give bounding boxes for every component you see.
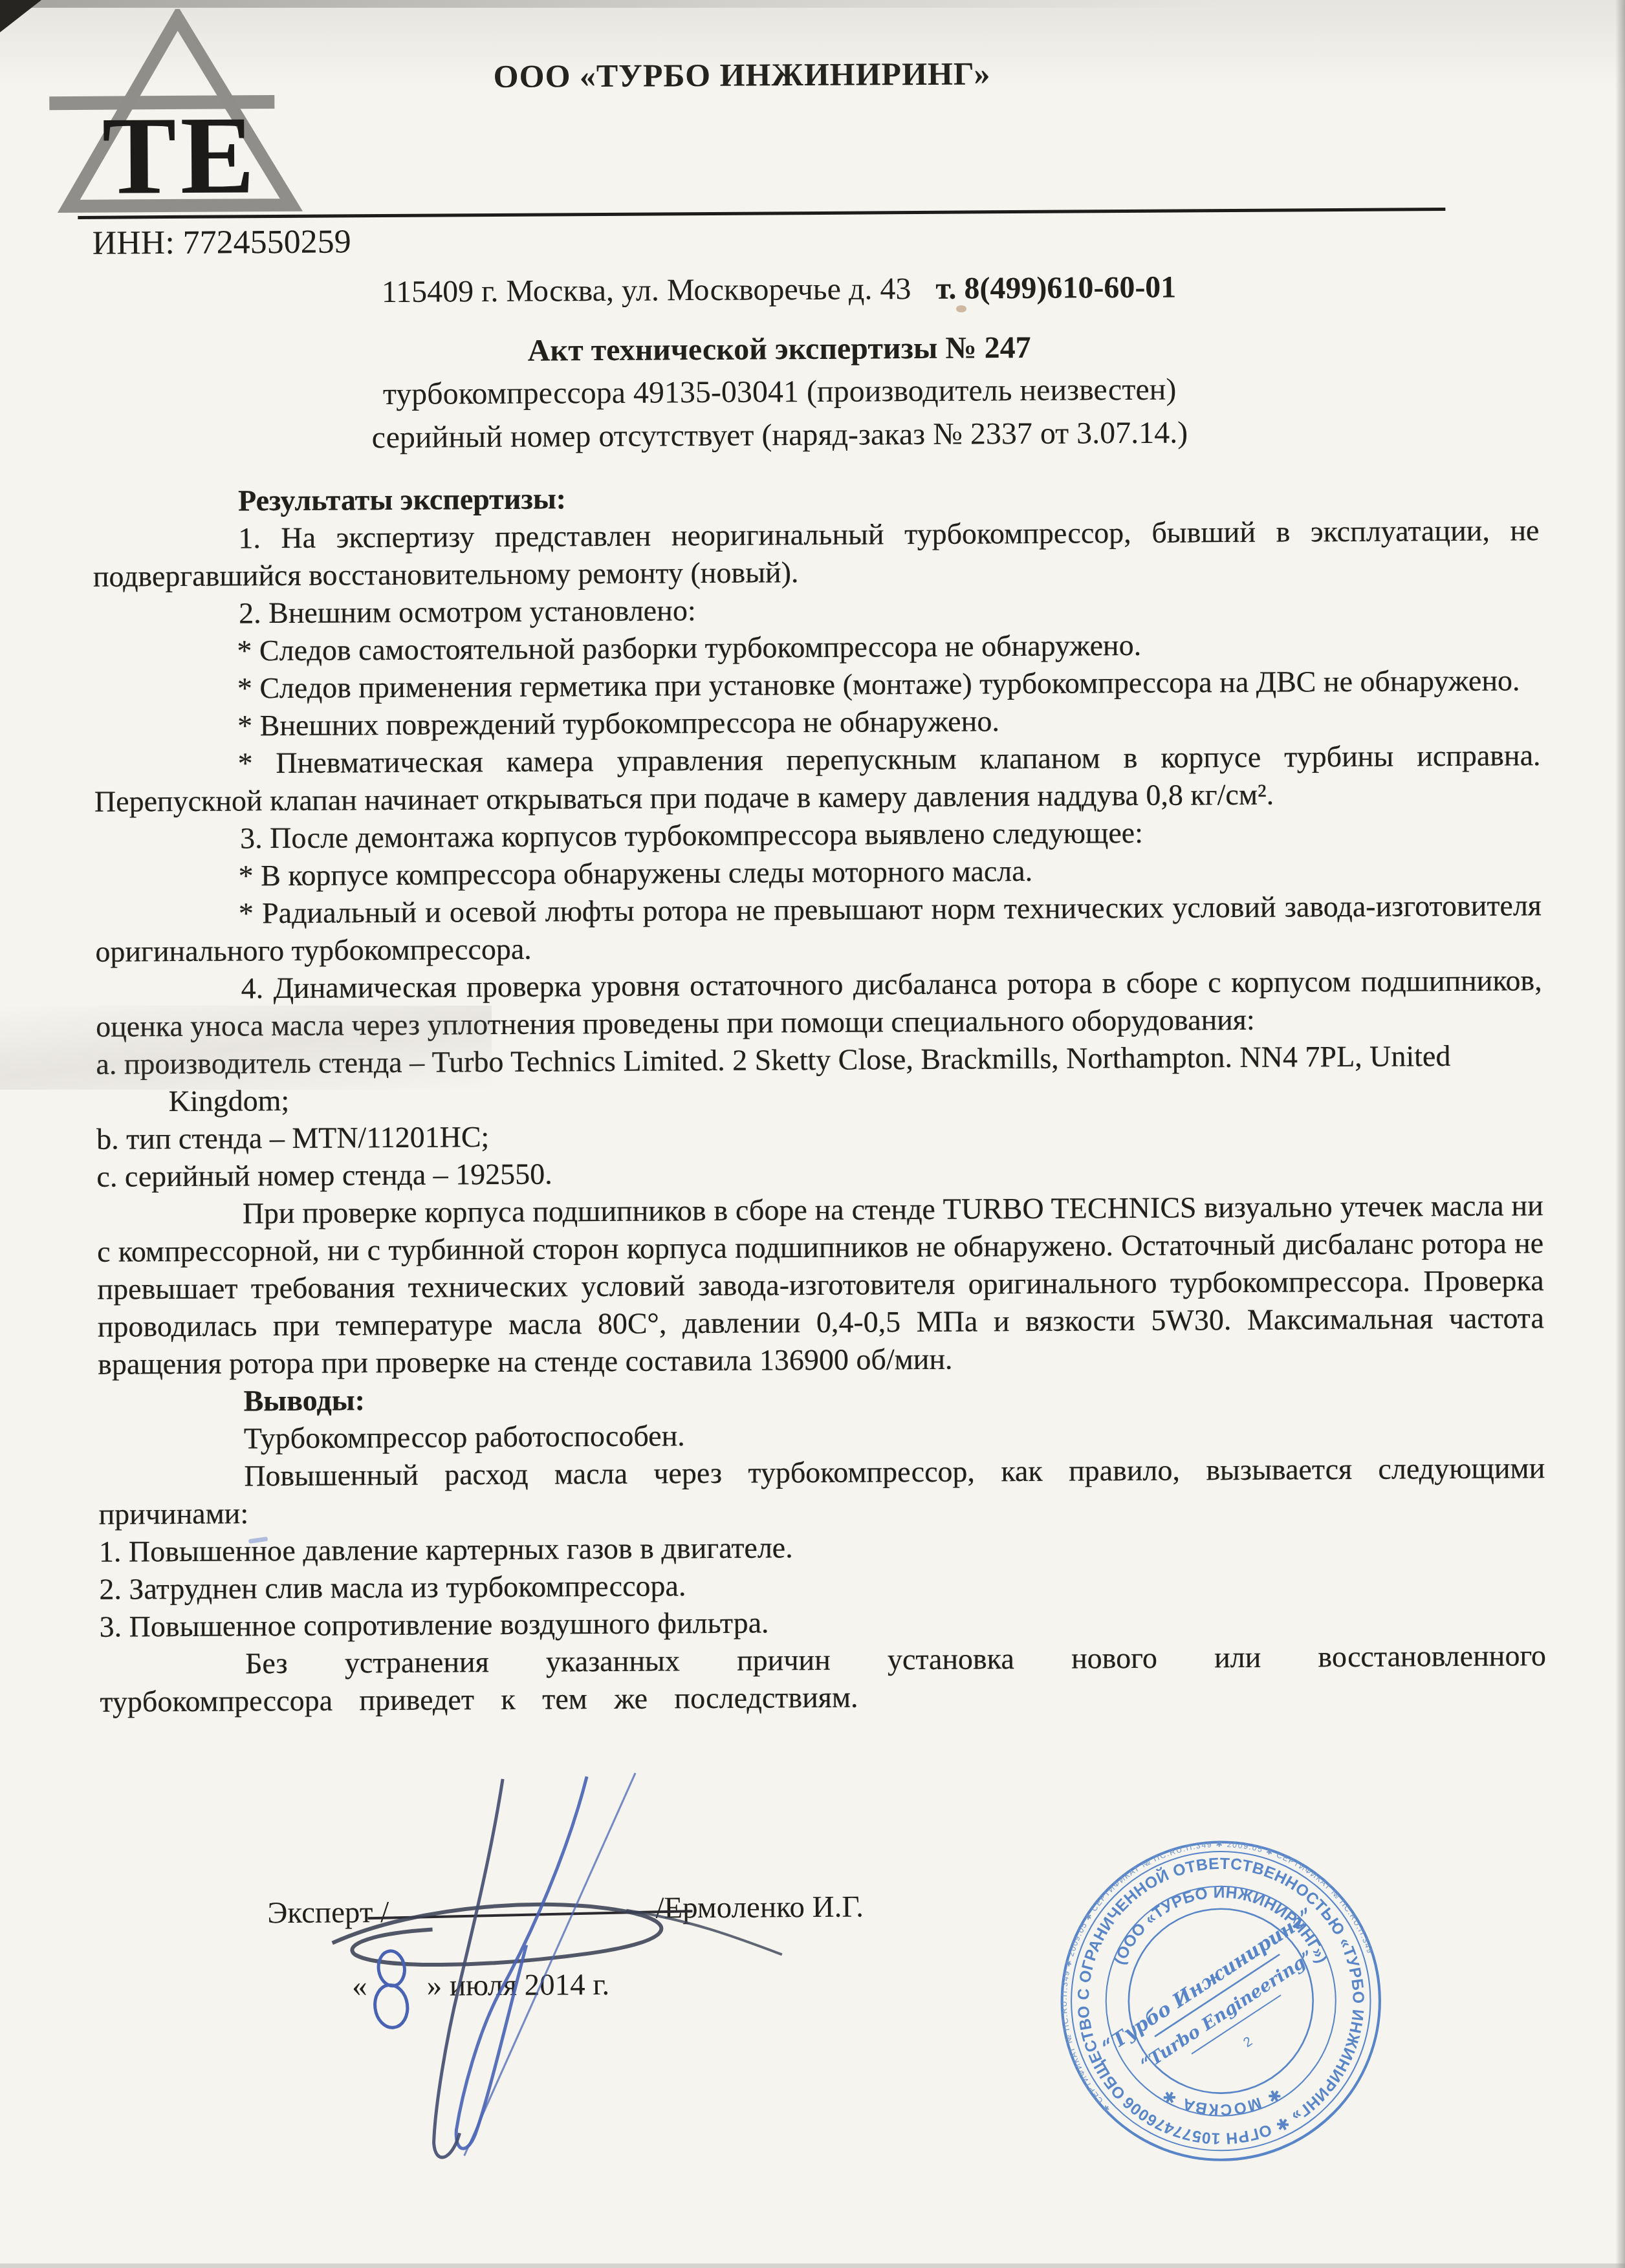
date-line: «» июля 2014 г.: [352, 1967, 609, 2003]
stamp-main-ring-text: ОБЩЕСТВО С ОГРАНИЧЕННОЙ ОТВЕТСТВЕННОСТЬЮ…: [1053, 1833, 1389, 2169]
scan-top-shade: [0, 0, 1625, 91]
signature-blue-stroke: [454, 1777, 589, 2148]
date-day-gap: [367, 1996, 427, 1996]
document-body: Результаты экспертизы: 1. На экспертизу …: [93, 474, 1547, 1721]
company-phone: т. 8(499)610-60-01: [935, 270, 1176, 306]
scan-bottom-edge: [0, 2263, 1625, 2268]
results-paragraph: При проверке корпуса подшипников в сборе…: [97, 1187, 1545, 1383]
company-address-line: 115409 г. Москва, ул. Москворечье д. 43т…: [34, 267, 1523, 312]
results-paragraph: 1. На экспертизу представлен неоригиналь…: [93, 512, 1540, 596]
handwritten-signature: [231, 1746, 816, 2176]
date-rest: » июля 2014 г.: [426, 1968, 609, 2003]
expert-label: Эксперт /: [267, 1895, 389, 1930]
results-bullet: * Радиальный и осевой люфты ротора не пр…: [95, 887, 1542, 971]
conclusions-paragraph: Без устранения указанных причин установк…: [100, 1637, 1547, 1721]
conclusions-paragraph: Повышенный расход масла через турбокомпр…: [98, 1449, 1545, 1533]
stamp-center-number: 2: [1241, 2034, 1255, 2051]
company-stamp: ✱ СЕРТИФИКАТ № ПС.RU.П.349 ✱ 2009.05 ✱ С…: [1053, 1833, 1389, 2169]
company-inn: ИНН: 7724550259: [92, 222, 351, 262]
svg-text:ОБЩЕСТВО С ОГРАНИЧЕННОЙ ОТВЕТС: ОБЩЕСТВО С ОГРАНИЧЕННОЙ ОТВЕТСТВЕННОСТЬЮ…: [1053, 1833, 1389, 2169]
expert-name: /Ермоленко И.Г.: [655, 1890, 864, 1926]
signature-underline: [367, 1911, 692, 1918]
date-open-quote: «: [352, 1969, 367, 2003]
signature-diagonal-stroke: [462, 1773, 638, 2156]
paper-crease: [0, 1006, 492, 1090]
scan-corner-mark: [0, 0, 41, 32]
document-subtitle-model: турбокомпрессора 49135-03041 (производит…: [35, 369, 1524, 414]
svg-text:✱ МОСКВА ✱: ✱ МОСКВА ✱: [1159, 2084, 1284, 2119]
scan-right-edge: [1615, 0, 1625, 2268]
document-subtitle-serial: серийный номер отсутствует (наряд-заказ …: [35, 413, 1524, 457]
logo-letters: ТЕ: [102, 94, 259, 217]
stamp-moscow-text: ✱ МОСКВА ✱: [1159, 2084, 1284, 2119]
document-title: Акт технической экспертизы № 247: [35, 327, 1524, 371]
company-address: 115409 г. Москва, ул. Москворечье д. 43: [382, 272, 911, 309]
results-bullet: * Пневматическая камера управления переп…: [94, 737, 1541, 821]
paper-stain: [956, 305, 966, 312]
scan-top-edge: [0, 0, 1625, 8]
document-content: ТЕ ООО «ТУРБО ИНЖИНИРИНГ» ИНН: 772455025…: [0, 0, 1625, 2268]
scanned-document-page: ТЕ ООО «ТУРБО ИНЖИНИРИНГ» ИНН: 772455025…: [0, 0, 1625, 2268]
